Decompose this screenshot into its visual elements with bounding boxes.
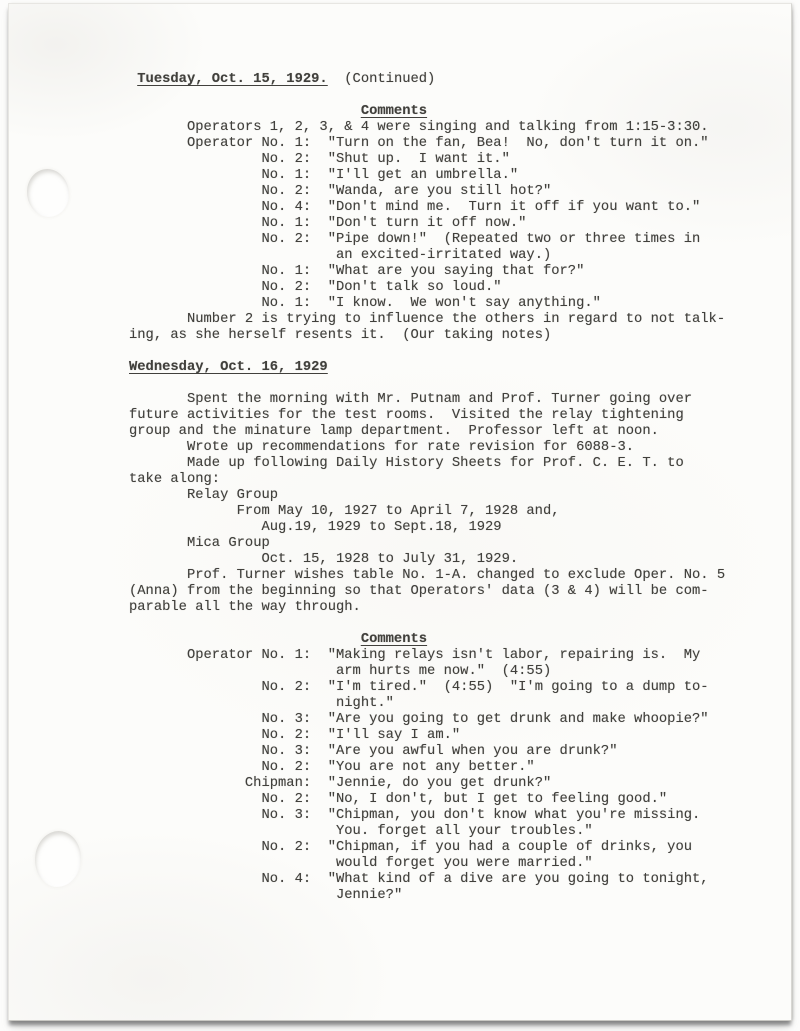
typed-line: No. 1: "I'll get an umbrella." — [129, 168, 773, 184]
typed-line: No. 3: "Are you awful when you are drunk… — [129, 744, 773, 760]
typed-lines: Tuesday, Oct. 15, 1929. (Continued) Comm… — [129, 72, 773, 904]
typed-line: Relay Group — [129, 488, 773, 504]
typed-line: take along: — [129, 472, 773, 488]
comments-heading-2: Comments — [129, 632, 773, 648]
typed-line: Operator No. 1: "Making relays isn't lab… — [129, 648, 773, 664]
typed-line — [129, 88, 773, 104]
scan-background: Tuesday, Oct. 15, 1929. (Continued) Comm… — [0, 0, 800, 1031]
typed-line: No. 3: "Chipman, you don't know what you… — [129, 808, 773, 824]
typed-line: No. 4: "Don't mind me. Turn it off if yo… — [129, 200, 773, 216]
typed-line: No. 2: "Pipe down!" (Repeated two or thr… — [129, 232, 773, 248]
typed-line: No. 1: "I know. We won't say anything." — [129, 296, 773, 312]
typed-line: Wrote up recommendations for rate revisi… — [129, 440, 773, 456]
date-heading-wednesday: Wednesday, Oct. 16, 1929 — [129, 360, 773, 376]
typed-line: No. 2: "Shut up. I want it." — [129, 152, 773, 168]
typed-line: (Anna) from the beginning so that Operat… — [129, 584, 773, 600]
typed-line: an excited-irritated way.) — [129, 248, 773, 264]
typed-line: Oct. 15, 1928 to July 31, 1929. — [129, 552, 773, 568]
typed-line: Chipman: "Jennie, do you get drunk?" — [129, 776, 773, 792]
typed-line: Jennie?" — [129, 888, 773, 904]
date-heading-tuesday: Tuesday, Oct. 15, 1929. (Continued) — [129, 72, 773, 88]
typed-line: No. 2: "No, I don't, but I get to feelin… — [129, 792, 773, 808]
typed-line: Mica Group — [129, 536, 773, 552]
typed-line: From May 10, 1927 to April 7, 1928 and, — [129, 504, 773, 520]
typed-line: Aug.19, 1929 to Sept.18, 1929 — [129, 520, 773, 536]
typed-line: group and the minature lamp department. … — [129, 424, 773, 440]
typed-line: No. 2: "You are not any better." — [129, 760, 773, 776]
punch-hole-bottom — [33, 829, 83, 888]
comments-heading-1: Comments — [129, 104, 773, 120]
typed-line: arm hurts me now." (4:55) — [129, 664, 773, 680]
typed-line: Spent the morning with Mr. Putnam and Pr… — [129, 392, 773, 408]
typed-line: No. 2: "I'm tired." (4:55) "I'm going to… — [129, 680, 773, 696]
typed-line: parable all the way through. — [129, 600, 773, 616]
typed-line — [129, 376, 773, 392]
typed-line: Made up following Daily History Sheets f… — [129, 456, 773, 472]
typed-line: You. forget all your troubles." — [129, 824, 773, 840]
document-page: Tuesday, Oct. 15, 1929. (Continued) Comm… — [8, 3, 792, 1021]
typed-line: Operators 1, 2, 3, & 4 were singing and … — [129, 120, 773, 136]
typed-line: night." — [129, 696, 773, 712]
typed-line: Number 2 is trying to influence the othe… — [129, 312, 773, 328]
typed-line: ing, as she herself resents it. (Our tak… — [129, 328, 773, 344]
typed-line: No. 2: "I'll say I am." — [129, 728, 773, 744]
typed-line: Prof. Turner wishes table No. 1-A. chang… — [129, 568, 773, 584]
typed-line: No. 3: "Are you going to get drunk and m… — [129, 712, 773, 728]
typed-line: No. 2: "Chipman, if you had a couple of … — [129, 840, 773, 856]
typed-line: No. 1: "Don't turn it off now." — [129, 216, 773, 232]
typed-line: No. 2: "Don't talk so loud." — [129, 280, 773, 296]
punch-hole-top — [24, 166, 72, 219]
typed-line — [129, 616, 773, 632]
typed-line: No. 4: "What kind of a dive are you goin… — [129, 872, 773, 888]
typed-line: No. 1: "What are you saying that for?" — [129, 264, 773, 280]
typed-line — [129, 344, 773, 360]
typed-line: Operator No. 1: "Turn on the fan, Bea! N… — [129, 136, 773, 152]
typed-line: No. 2: "Wanda, are you still hot?" — [129, 184, 773, 200]
typed-line: would forget you were married." — [129, 856, 773, 872]
typed-line: future activities for the test rooms. Vi… — [129, 408, 773, 424]
